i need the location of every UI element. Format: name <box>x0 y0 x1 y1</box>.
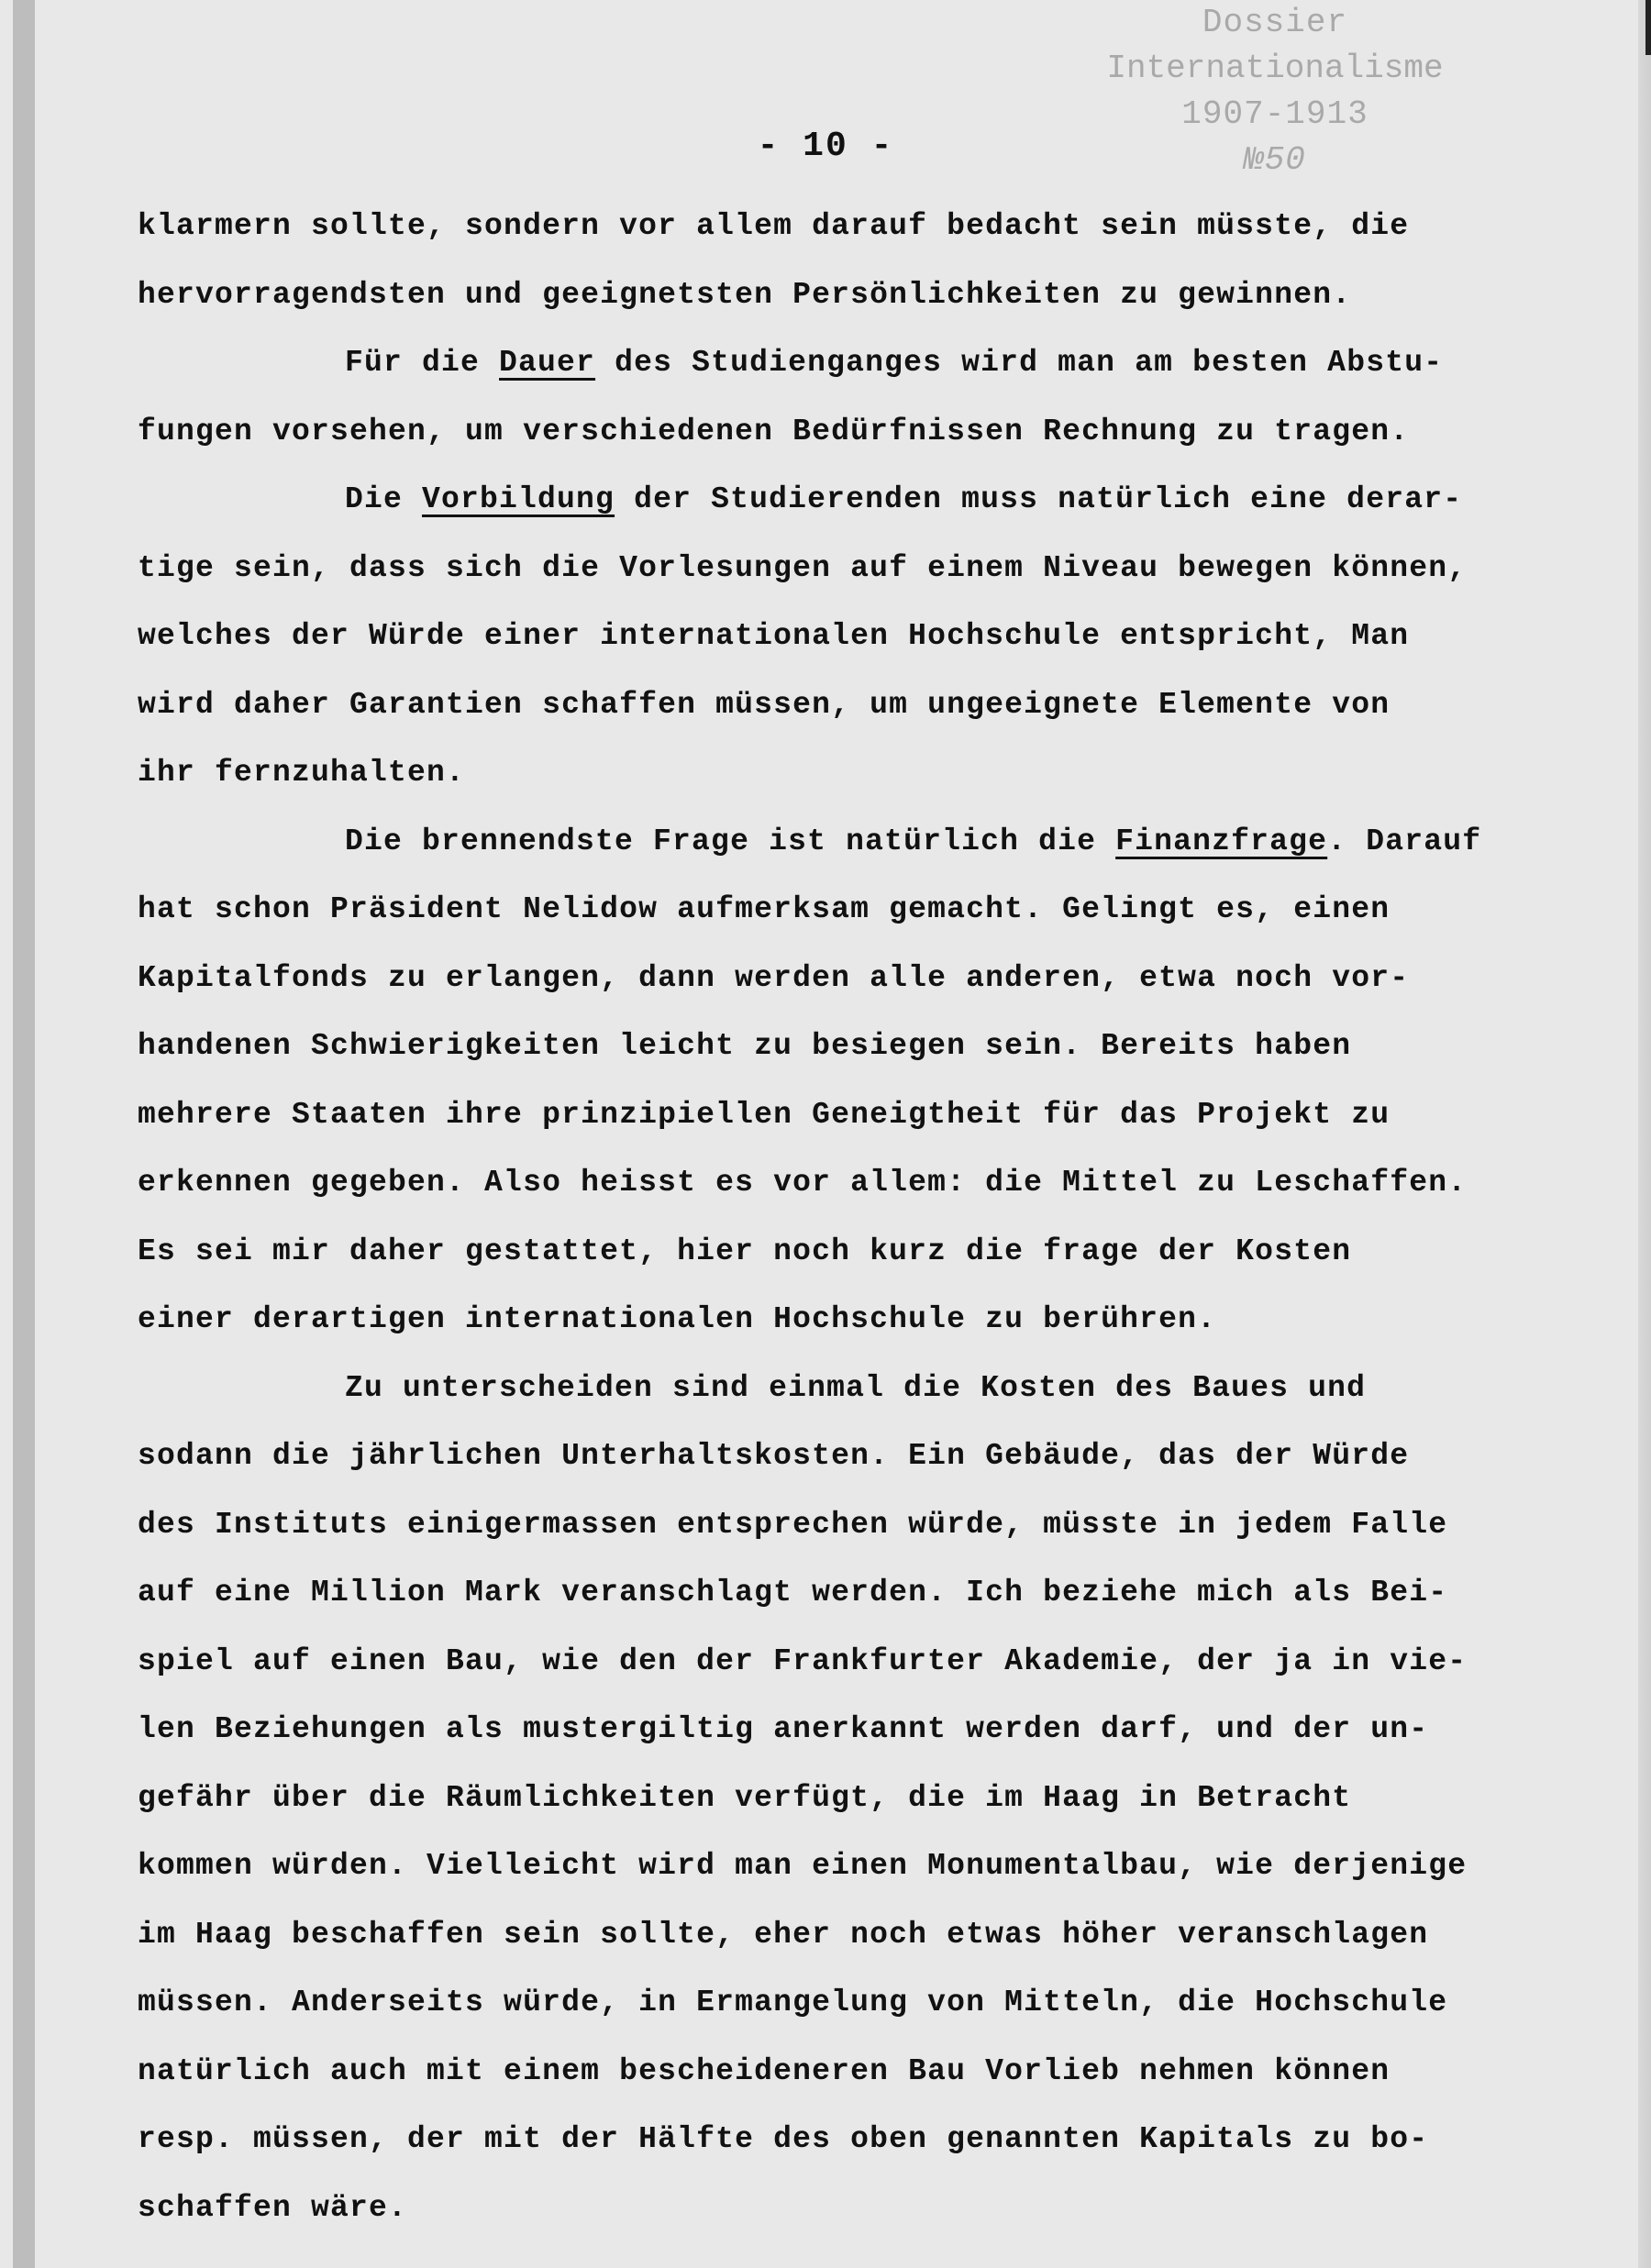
text-run: erkennen gegeben. Also heisst es vor all… <box>138 1166 1467 1200</box>
paragraph: Die brennendste Frage ist natürlich die … <box>138 808 1523 1355</box>
text-run: Zu unterscheiden sind einmal die Kosten … <box>345 1371 1366 1405</box>
text-run: gefähr über die Räumlichkeiten verfügt, … <box>138 1781 1351 1815</box>
text-line: ihr fernzuhalten. <box>138 739 1523 808</box>
text-line: natürlich auch mit einem bescheideneren … <box>138 2038 1523 2107</box>
text-run: klarmern sollte, sondern vor allem darau… <box>138 209 1409 243</box>
text-line: len Beziehungen als mustergiltig anerkan… <box>138 1696 1523 1765</box>
document-body: klarmern sollte, sondern vor allem darau… <box>138 193 1523 2242</box>
text-run: tige sein, dass sich die Vorlesungen auf… <box>138 551 1467 585</box>
text-run: welches der Würde einer internationalen … <box>138 619 1409 653</box>
stamp-line: Internationalisme <box>1091 46 1458 92</box>
underlined-term: Finanzfrage <box>1115 824 1327 858</box>
paragraph: Für die Dauer des Studienganges wird man… <box>138 329 1523 466</box>
stamp-line: Dossier <box>1091 0 1458 46</box>
text-run: . Darauf <box>1327 824 1481 858</box>
text-line: schaffen wäre. <box>138 2174 1523 2243</box>
text-run: des Studienganges wird man am besten Abs… <box>595 346 1443 380</box>
text-run: sodann die jährlichen Unterhaltskosten. … <box>138 1439 1409 1473</box>
text-line: resp. müssen, der mit der Hälfte des obe… <box>138 2106 1523 2174</box>
text-line: im Haag beschaffen sein sollte, eher noc… <box>138 1901 1523 1970</box>
page-right-edge <box>1638 0 1651 2268</box>
text-run: resp. müssen, der mit der Hälfte des obe… <box>138 2122 1428 2156</box>
underlined-term: Vorbildung <box>422 482 615 516</box>
page-number: - 10 - <box>0 127 1651 166</box>
text-line: handenen Schwierigkeiten leicht zu besie… <box>138 1012 1523 1081</box>
text-run: mehrere Staaten ihre prinzipiellen Genei… <box>138 1098 1390 1132</box>
text-line: kommen würden. Vielleicht wird man einen… <box>138 1832 1523 1901</box>
text-line: Zu unterscheiden sind einmal die Kosten … <box>138 1355 1523 1423</box>
binding-strip <box>13 0 35 2268</box>
page-corner-shadow <box>1645 0 1651 55</box>
text-run: kommen würden. Vielleicht wird man einen… <box>138 1849 1467 1883</box>
text-line: mehrere Staaten ihre prinzipiellen Genei… <box>138 1081 1523 1150</box>
text-line: hervorragendsten und geeignetsten Persön… <box>138 261 1523 330</box>
text-line: klarmern sollte, sondern vor allem darau… <box>138 193 1523 261</box>
text-line: müssen. Anderseits würde, in Ermangelung… <box>138 1969 1523 2038</box>
paragraph: Die Vorbildung der Studierenden muss nat… <box>138 466 1523 808</box>
text-run: Kapitalfonds zu erlangen, dann werden al… <box>138 961 1409 995</box>
document-page: Dossier Internationalisme 1907-1913 №50 … <box>0 0 1651 2268</box>
text-line: welches der Würde einer internationalen … <box>138 603 1523 671</box>
text-line: erkennen gegeben. Also heisst es vor all… <box>138 1149 1523 1218</box>
text-line: spiel auf einen Bau, wie den der Frankfu… <box>138 1628 1523 1697</box>
text-line: Es sei mir daher gestattet, hier noch ku… <box>138 1218 1523 1287</box>
text-run: einer derartigen internationalen Hochsch… <box>138 1302 1216 1336</box>
text-run: hat schon Präsident Nelidow aufmerksam g… <box>138 892 1390 926</box>
underlined-term: Dauer <box>499 346 595 380</box>
text-line: Kapitalfonds zu erlangen, dann werden al… <box>138 945 1523 1013</box>
text-run: ihr fernzuhalten. <box>138 756 465 790</box>
text-line: Für die Dauer des Studienganges wird man… <box>138 329 1523 398</box>
text-line: Die Vorbildung der Studierenden muss nat… <box>138 466 1523 535</box>
paragraph: klarmern sollte, sondern vor allem darau… <box>138 193 1523 329</box>
text-line: des Instituts einigermassen entsprechen … <box>138 1491 1523 1560</box>
text-run: Es sei mir daher gestattet, hier noch ku… <box>138 1234 1351 1268</box>
text-run: des Instituts einigermassen entsprechen … <box>138 1508 1447 1542</box>
text-run: spiel auf einen Bau, wie den der Frankfu… <box>138 1644 1467 1678</box>
text-run: auf eine Million Mark veranschlagt werde… <box>138 1576 1447 1610</box>
text-line: tige sein, dass sich die Vorlesungen auf… <box>138 535 1523 603</box>
text-run: Die <box>345 482 422 516</box>
text-line: gefähr über die Räumlichkeiten verfügt, … <box>138 1765 1523 1833</box>
text-line: einer derartigen internationalen Hochsch… <box>138 1286 1523 1355</box>
text-run: handenen Schwierigkeiten leicht zu besie… <box>138 1029 1351 1063</box>
text-line: auf eine Million Mark veranschlagt werde… <box>138 1559 1523 1628</box>
text-run: wird daher Garantien schaffen müssen, um… <box>138 688 1390 722</box>
text-run: schaffen wäre. <box>138 2191 407 2225</box>
text-run: im Haag beschaffen sein sollte, eher noc… <box>138 1918 1428 1952</box>
text-run: hervorragendsten und geeignetsten Persön… <box>138 278 1351 312</box>
text-line: hat schon Präsident Nelidow aufmerksam g… <box>138 876 1523 945</box>
text-line: fungen vorsehen, um verschiedenen Bedürf… <box>138 398 1523 467</box>
text-run: müssen. Anderseits würde, in Ermangelung… <box>138 1986 1447 2019</box>
text-run: Die brennendste Frage ist natürlich die <box>345 824 1115 858</box>
text-run: der Studierenden muss natürlich eine der… <box>615 482 1462 516</box>
text-run: natürlich auch mit einem bescheideneren … <box>138 2054 1390 2088</box>
text-line: sodann die jährlichen Unterhaltskosten. … <box>138 1422 1523 1491</box>
paragraph: Zu unterscheiden sind einmal die Kosten … <box>138 1355 1523 2243</box>
text-run: fungen vorsehen, um verschiedenen Bedürf… <box>138 415 1409 448</box>
text-run: Für die <box>345 346 499 380</box>
text-line: Die brennendste Frage ist natürlich die … <box>138 808 1523 877</box>
text-line: wird daher Garantien schaffen müssen, um… <box>138 671 1523 740</box>
text-run: len Beziehungen als mustergiltig anerkan… <box>138 1712 1428 1746</box>
